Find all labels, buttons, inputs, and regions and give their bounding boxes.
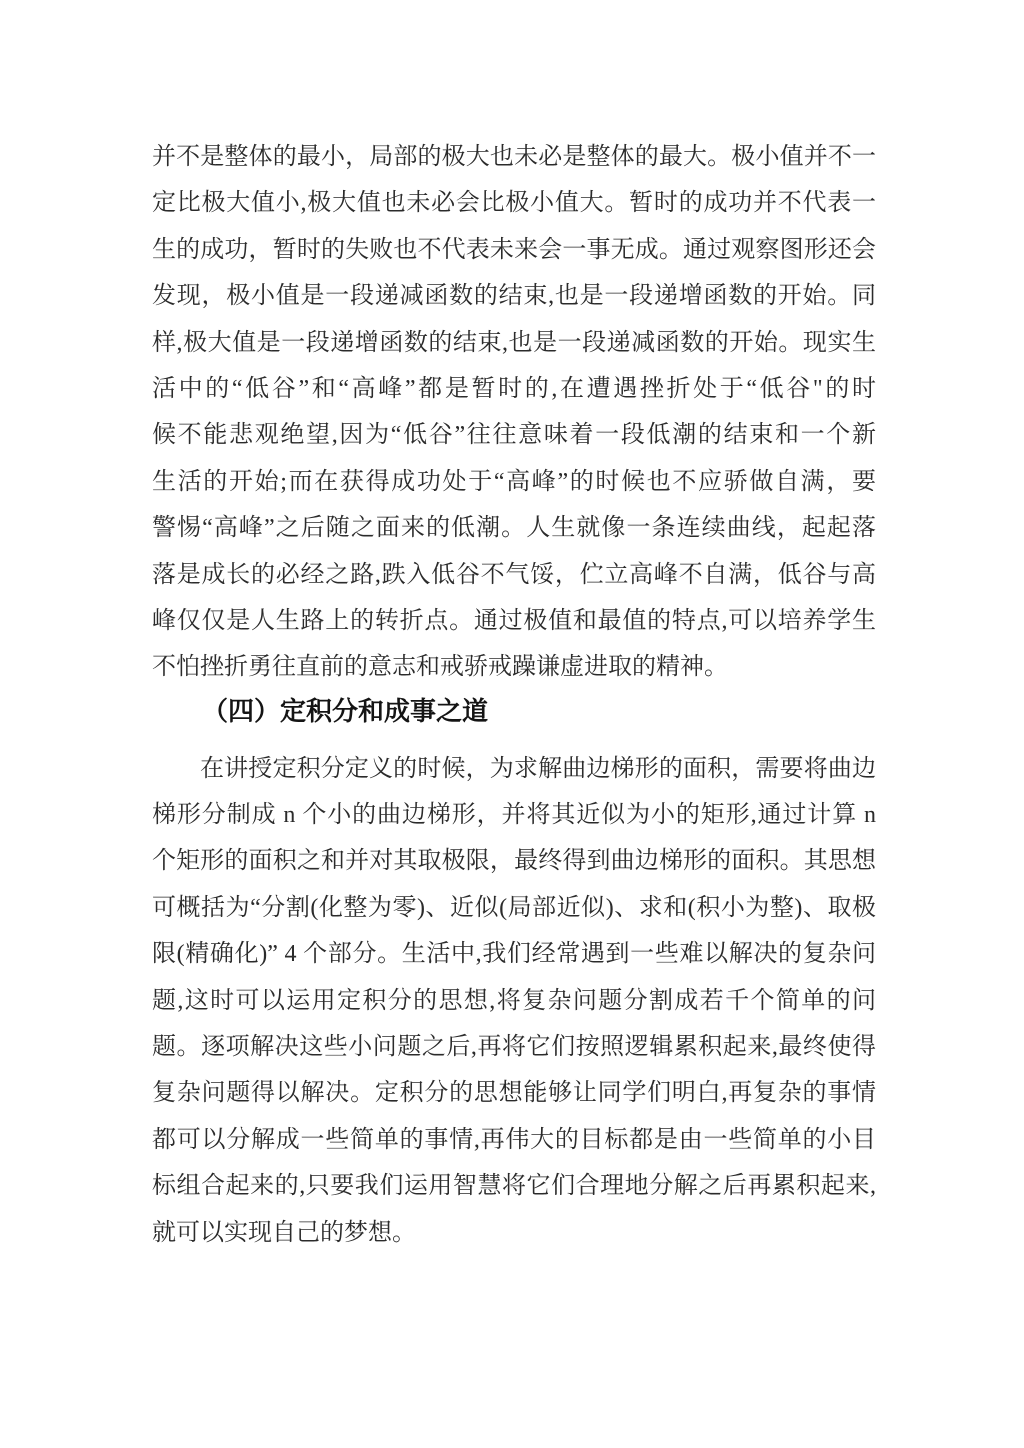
text-line: 就可以实现自己的梦想。 xyxy=(152,1210,876,1256)
text-line: 生的成功，暂时的失败也不代表未来会一事无成。通过观察图形还会 xyxy=(152,227,876,273)
text-line: 梯形分制成 n 个小的曲边梯形，并将其近似为小的矩形,通过计算 n xyxy=(152,792,876,838)
text-block: 并不是整体的最小，局部的极大也未必是整体的最大。极小值并不一 定比极大值小,极大… xyxy=(152,134,876,1256)
text-line: 复杂问题得以解决。定积分的思想能够让同学们明白,再复杂的事情 xyxy=(152,1070,876,1116)
text-line: 峰仅仅是人生路上的转折点。通过极值和最值的特点,可以培养学生 xyxy=(152,598,876,644)
section-heading: （四）定积分和成事之道 xyxy=(152,691,876,731)
text-line: 标组合起来的,只要我们运用智慧将它们合理地分解之后再累积起来, xyxy=(152,1163,876,1209)
text-line: 都可以分解成一些简单的事情,再伟大的目标都是由一些简单的小目 xyxy=(152,1117,876,1163)
text-line: 落是成长的必经之路,跌入低谷不气馁，伫立高峰不自满，低谷与高 xyxy=(152,552,876,598)
text-line: 发现，极小值是一段递减函数的结束,也是一段递增函数的开始。同 xyxy=(152,273,876,319)
text-line: 活中的“低谷”和“高峰”都是暂时的,在遭遇挫折处于“低谷"的时 xyxy=(152,366,876,412)
paragraph-extremes: 并不是整体的最小，局部的极大也未必是整体的最大。极小值并不一 定比极大值小,极大… xyxy=(152,134,876,691)
text-line: 定比极大值小,极大值也未必会比极小值大。暂时的成功并不代表一 xyxy=(152,180,876,226)
text-line: 限(精确化)” 4 个部分。生活中,我们经常遇到一些难以解决的复杂问 xyxy=(152,931,876,977)
text-line: 在讲授定积分定义的时候，为求解曲边梯形的面积，需要将曲边 xyxy=(152,746,876,792)
paragraph-definite-integral: 在讲授定积分定义的时候，为求解曲边梯形的面积，需要将曲边 梯形分制成 n 个小的… xyxy=(152,746,876,1256)
text-line: 题,这时可以运用定积分的思想,将复杂问题分割成若千个简单的问 xyxy=(152,978,876,1024)
text-line: 样,极大值是一段递增函数的结束,也是一段递减函数的开始。现实生 xyxy=(152,320,876,366)
text-line: 生活的开始;而在获得成功处于“高峰”的时候也不应骄做自满，要 xyxy=(152,459,876,505)
text-line: 题。逐项解决这些小问题之后,再将它们按照逻辑累积起来,最终使得 xyxy=(152,1024,876,1070)
text-line: 警惕“高峰”之后随之面来的低潮。人生就像一条连续曲线，起起落 xyxy=(152,505,876,551)
text-line: 并不是整体的最小，局部的极大也未必是整体的最大。极小值并不一 xyxy=(152,134,876,180)
text-line: 个矩形的面积之和并对其取极限，最终得到曲边梯形的面积。其思想 xyxy=(152,838,876,884)
text-line: 不怕挫折勇往直前的意志和戒骄戒躁谦虚进取的精神。 xyxy=(152,644,876,690)
text-line: 候不能悲观绝望,因为“低谷”往往意味着一段低潮的结束和一个新 xyxy=(152,412,876,458)
document-page: 并不是整体的最小，局部的极大也未必是整体的最大。极小值并不一 定比极大值小,极大… xyxy=(0,0,1024,1448)
text-line: 可概括为“分割(化整为零)、近似(局部近似)、求和(积小为整)、取极 xyxy=(152,885,876,931)
